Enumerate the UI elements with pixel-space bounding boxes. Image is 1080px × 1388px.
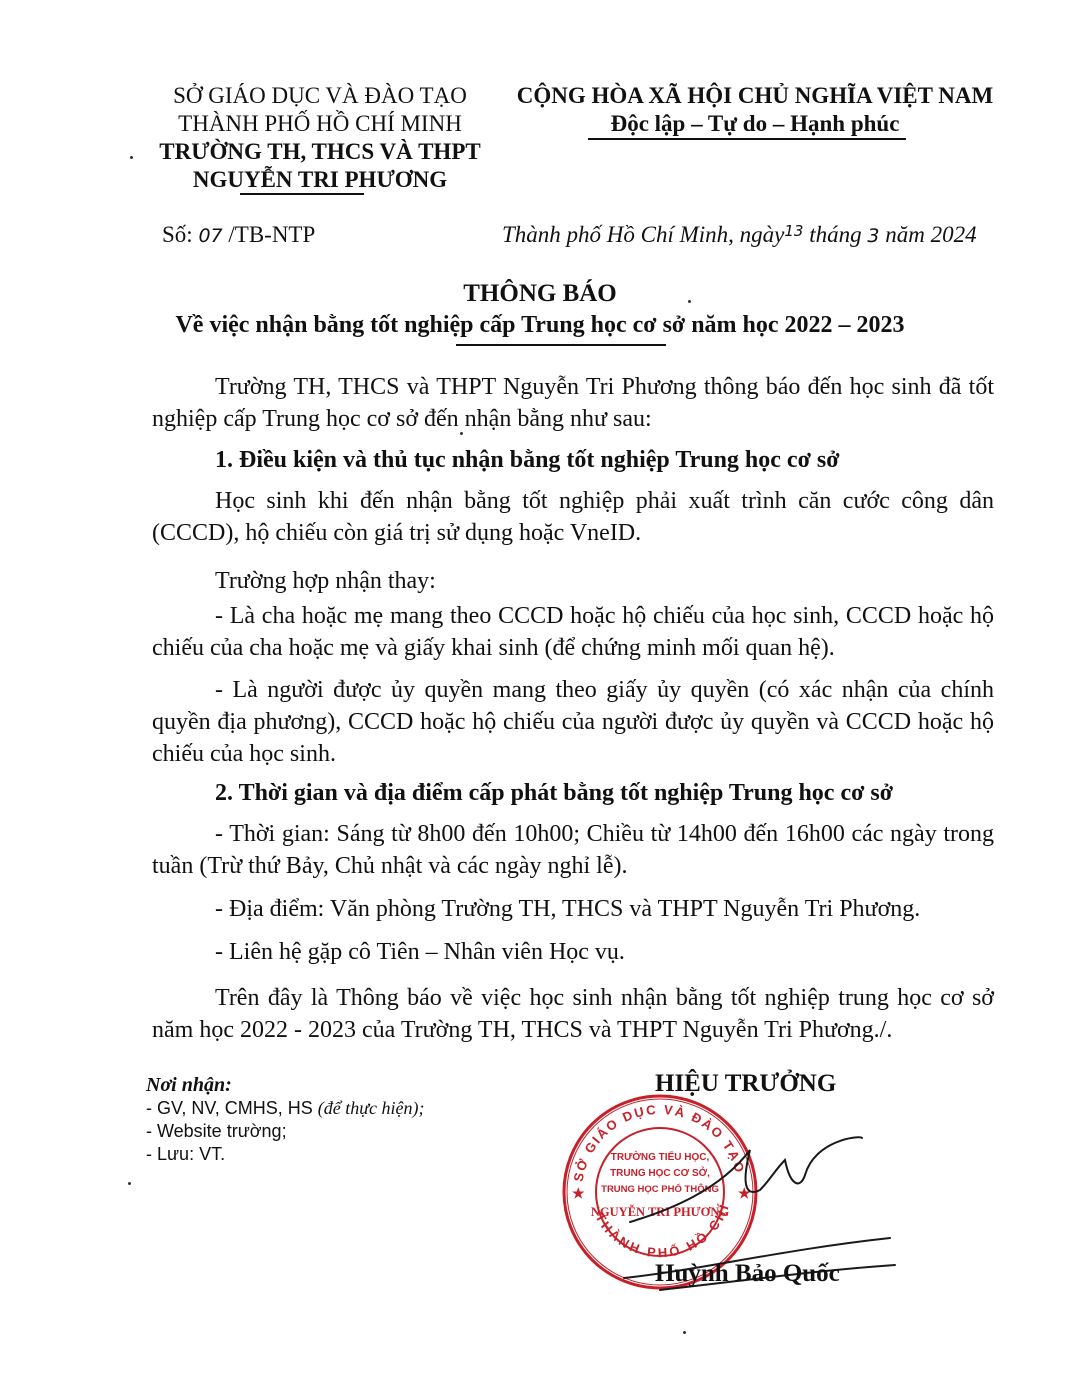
section1-heading: 1. Điều kiện và thủ tục nhận bằng tốt ng… bbox=[152, 444, 994, 476]
subtitle-underline bbox=[456, 344, 666, 346]
document-number-value: 07 bbox=[198, 225, 222, 247]
scan-speck bbox=[460, 432, 463, 435]
recipients-label: Nơi nhận: bbox=[146, 1074, 425, 1097]
section1-requirement: Học sinh khi đến nhận bằng tốt nghiệp ph… bbox=[152, 485, 994, 549]
date-line: Thành phố Hồ Chí Minh, ngày13 tháng 3 nă… bbox=[502, 222, 977, 248]
recipient-item: - Lưu: VT. bbox=[146, 1143, 425, 1166]
document-subtitle: Về việc nhận bằng tốt nghiệp cấp Trung h… bbox=[100, 312, 980, 339]
section2-heading: 2. Thời gian và địa điểm cấp phát bằng t… bbox=[152, 777, 994, 809]
section1-proxy-authorized: - Là người được ủy quyền mang theo giấy … bbox=[152, 674, 994, 770]
scan-speck bbox=[683, 1331, 686, 1334]
svg-text:★: ★ bbox=[572, 1185, 585, 1201]
date-month: 3 bbox=[867, 225, 879, 247]
authority-city: THÀNH PHỐ HỒ CHÍ MINH bbox=[100, 110, 540, 138]
section2-place: - Địa điểm: Văn phòng Trường TH, THCS và… bbox=[152, 893, 994, 925]
signature-icon bbox=[600, 1130, 900, 1320]
recipient-item: - GV, NV, CMHS, HS (để thực hiện); bbox=[146, 1097, 425, 1120]
section2-contact: - Liên hệ gặp cô Tiên – Nhân viên Học vụ… bbox=[152, 936, 994, 968]
motto-underline bbox=[588, 138, 906, 140]
signer-name: Huỳnh Bảo Quốc bbox=[655, 1260, 840, 1288]
closing-paragraph: Trên đây là Thông báo về việc học sinh n… bbox=[152, 982, 994, 1046]
document-number: Số: 07 /TB-NTP bbox=[162, 222, 315, 248]
recipient-item: - Website trường; bbox=[146, 1120, 425, 1143]
section2-time: - Thời gian: Sáng từ 8h00 đến 10h00; Chi… bbox=[152, 818, 994, 882]
date-day: 13 bbox=[784, 222, 803, 240]
national-header: CỘNG HÒA XÃ HỘI CHỦ NGHĨA VIỆT NAM Độc l… bbox=[505, 82, 1005, 138]
scan-speck bbox=[128, 1182, 131, 1185]
document-title: THÔNG BÁO bbox=[100, 280, 980, 308]
national-motto: Độc lập – Tự do – Hạnh phúc bbox=[505, 110, 1005, 138]
section1-proxy-label: Trường hợp nhận thay: bbox=[152, 565, 994, 597]
scan-speck bbox=[130, 156, 133, 159]
authority-dept: SỞ GIÁO DỤC VÀ ĐÀO TẠO bbox=[100, 82, 540, 110]
school-name-underline bbox=[240, 193, 364, 195]
scan-speck bbox=[688, 300, 691, 303]
national-name: CỘNG HÒA XÃ HỘI CHỦ NGHĨA VIỆT NAM bbox=[505, 82, 1005, 110]
school-name-line1: TRƯỜNG TH, THCS VÀ THPT bbox=[100, 138, 540, 166]
section1-proxy-parent: - Là cha hoặc mẹ mang theo CCCD hoặc hộ … bbox=[152, 600, 994, 664]
issuing-authority: SỞ GIÁO DỤC VÀ ĐÀO TẠO THÀNH PHỐ HỒ CHÍ … bbox=[100, 82, 540, 194]
intro-paragraph: Trường TH, THCS và THPT Nguyễn Tri Phươn… bbox=[152, 371, 994, 435]
recipients-block: Nơi nhận: - GV, NV, CMHS, HS (để thực hi… bbox=[146, 1074, 425, 1166]
school-name-line2: NGUYỄN TRI PHƯƠNG bbox=[100, 166, 540, 194]
